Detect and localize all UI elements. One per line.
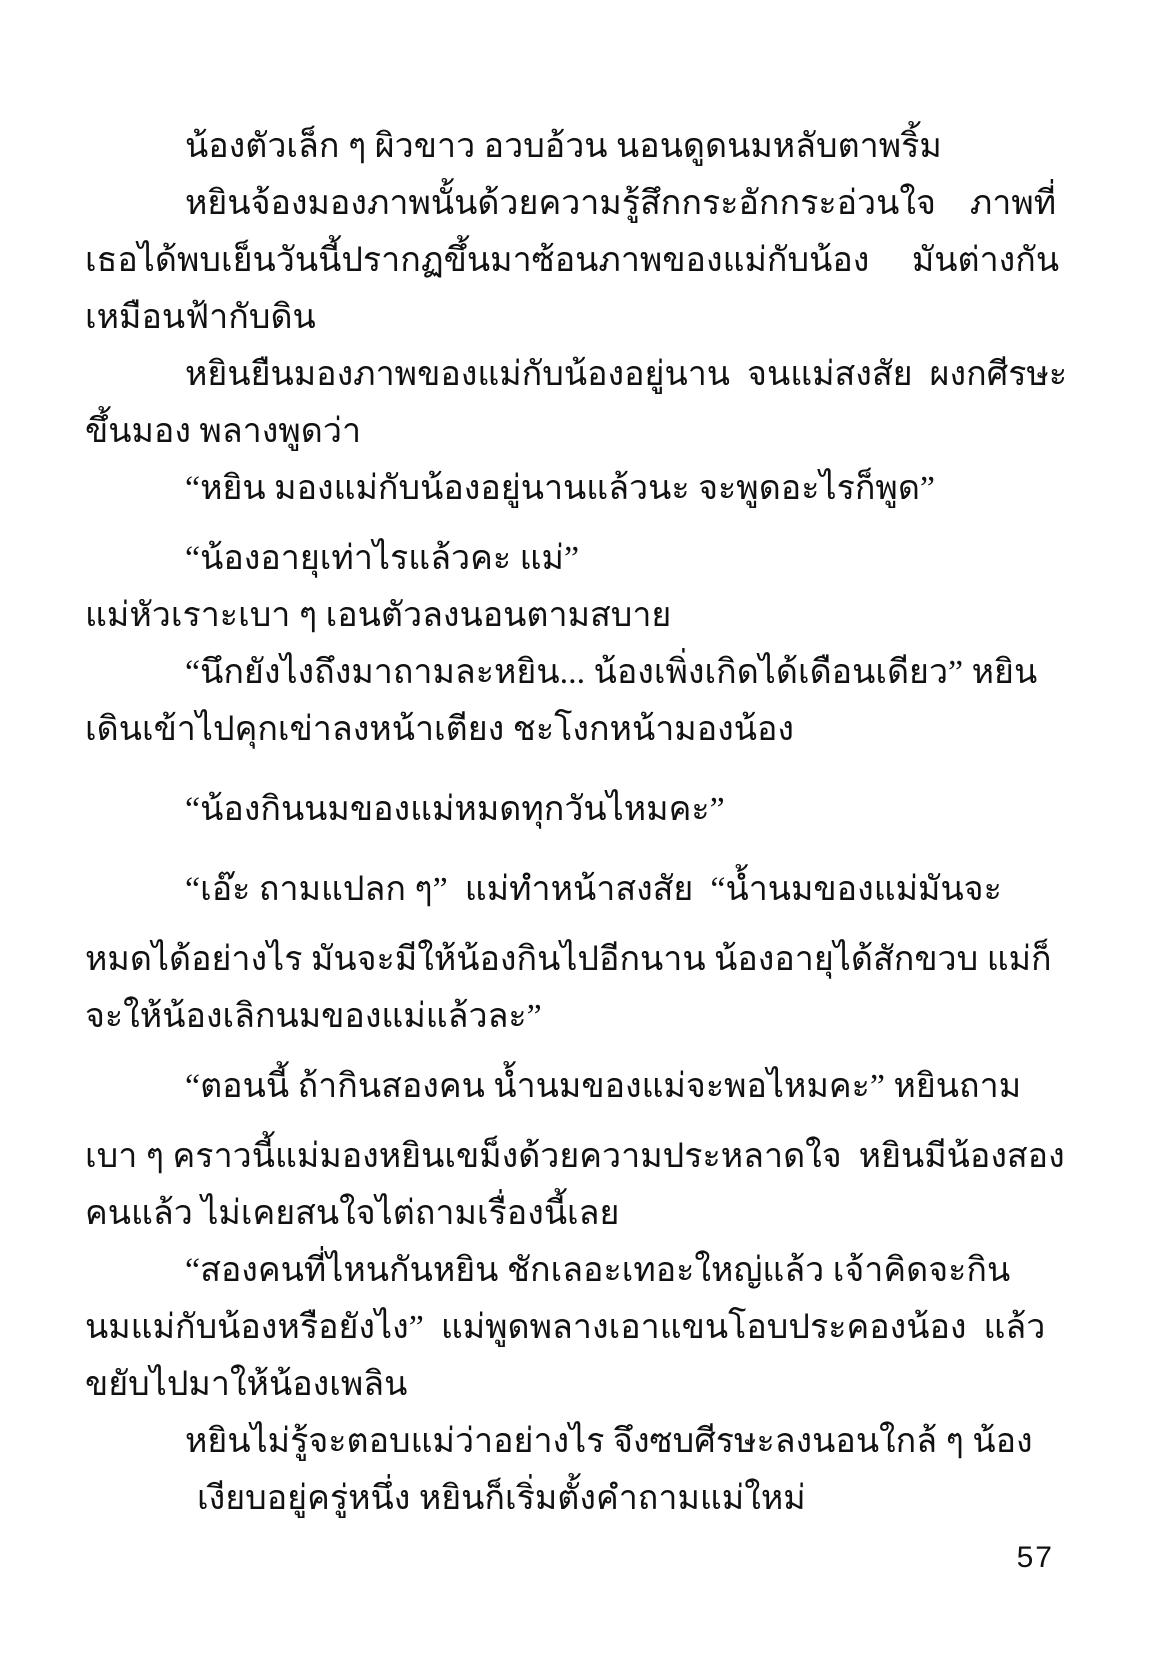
text-line: หยินยืนมองภาพของแม่กับน้องอยู่นาน จนแม่ส… [85,346,1030,403]
text-line: เหมือนฟ้ากับดิน [85,289,1030,346]
text-line: “เอ๊ะ ถามแปลก ๆ” แม่ทำหน้าสงสัย “น้ำนมขอ… [85,861,1030,918]
text-line: “สองคนที่ไหนกันหยิน ชักเลอะเทอะใหญ่แล้ว … [85,1242,1030,1299]
text-block: น้องตัวเล็ก ๆ ผิวขาว อวบอ้วน นอนดูดนมหลั… [85,118,1030,1527]
text-line: เบา ๆ คราวนี้แม่มองหยินเขม็งด้วยความประห… [85,1128,1030,1185]
text-line: เธอได้พบเย็นวันนี้ปรากฏขึ้นมาซ้อนภาพของแ… [85,232,1030,289]
text-line: เดินเข้าไปคุกเข่าลงหน้าเตียง ชะโงกหน้ามอ… [85,701,1030,758]
text-line: “ตอนนี้ ถ้ากินสองคน น้ำนมของแม่จะพอไหมคะ… [85,1058,1030,1115]
text-line: น้องตัวเล็ก ๆ ผิวขาว อวบอ้วน นอนดูดนมหลั… [85,118,1030,175]
text-line: แม่หัวเราะเบา ๆ เอนตัวลงนอนตามสบาย [85,587,1030,644]
text-line: หยินไม่รู้จะตอบแม่ว่าอย่างไร จึงซบศีรษะล… [85,1413,1030,1470]
text-line: “หยิน มองแม่กับน้องอยู่นานแล้วนะ จะพูดอะ… [85,460,1030,517]
text-line: คนแล้ว ไม่เคยสนใจไต่ถามเรื่องนี้เลย [85,1185,1030,1242]
text-line: ขึ้นมอง พลางพูดว่า [85,403,1030,460]
text-line: “น้องกินนมของแม่หมดทุกวันไหมคะ” [85,781,1030,838]
text-line: นมแม่กับน้องหรือยังไง” แม่พูดพลางเอาแขนโ… [85,1299,1030,1356]
book-page: น้องตัวเล็ก ๆ ผิวขาว อวบอ้วน นอนดูดนมหลั… [0,0,1154,1667]
page-number: 57 [1017,1541,1054,1575]
text-line: “นึกยังไงถึงมาถามละหยิน... น้องเพิ่งเกิด… [85,644,1030,701]
text-line: “น้องอายุเท่าไรแล้วคะ แม่” [85,530,1030,587]
text-line: หยินจ้องมองภาพนั้นด้วยความรู้สึกกระอักกร… [85,175,1030,232]
text-line: หมดได้อย่างไร มันจะมีให้น้องกินไปอีกนาน … [85,931,1030,988]
text-line: ขยับไปมาให้น้องเพลิน [85,1356,1030,1413]
text-line: จะให้น้องเลิกนมของแม่แล้วละ” [85,988,1030,1045]
text-line: เงียบอยู่ครู่หนึ่ง หยินก็เริ่มตั้งคำถามแ… [85,1470,1030,1527]
